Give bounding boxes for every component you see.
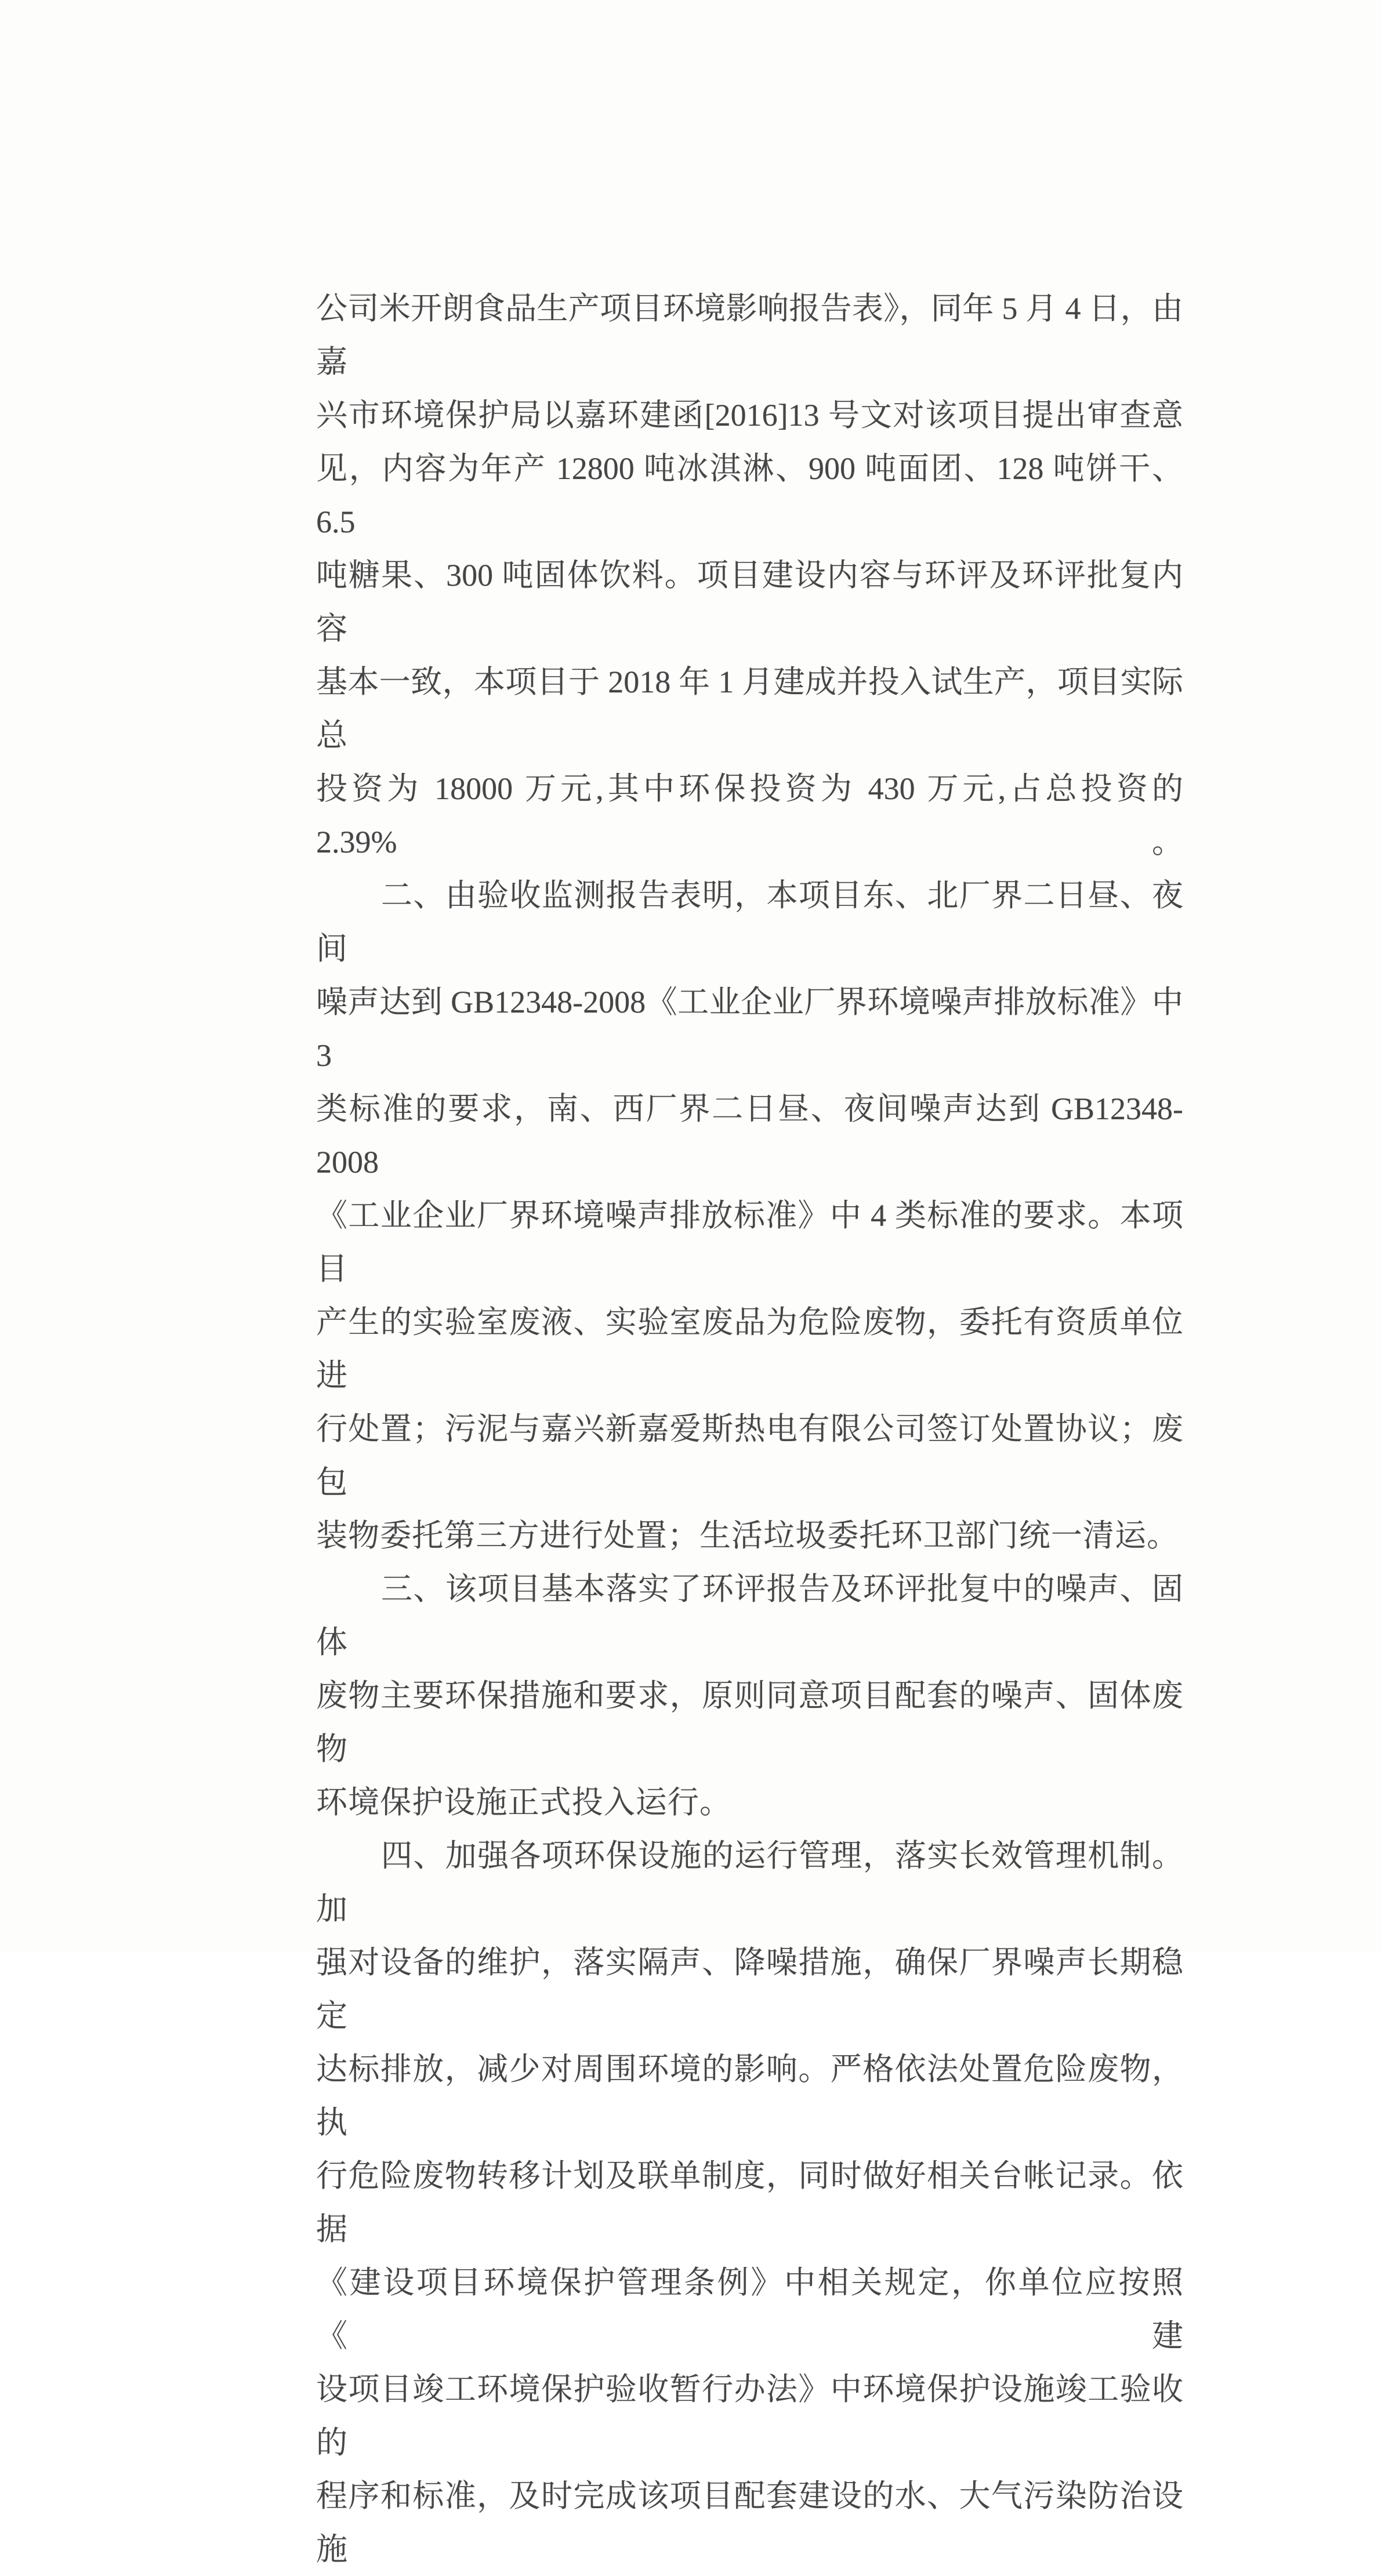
document-line: 环境保护设施正式投入运行。 [316,1776,1183,1829]
document-body: 公司米开朗食品生产项目环境影响报告表》，同年 5 月 4 日，由嘉 兴市环境保护… [316,282,1183,2576]
paragraph-continued: 公司米开朗食品生产项目环境影响报告表》，同年 5 月 4 日，由嘉 兴市环境保护… [316,282,1183,869]
document-line: 三、该项目基本落实了环评报告及环评批复中的噪声、固体 [316,1562,1183,1669]
document-line: 四、加强各项环保设施的运行管理，落实长效管理机制。加 [316,1829,1183,1936]
document-line: 行危险废物转移计划及联单制度，同时做好相关台帐记录。依据 [316,2149,1183,2256]
document-line: 设项目竣工环境保护验收暂行办法》中环境保护设施竣工验收的 [316,2363,1183,2469]
document-line: 行处置；污泥与嘉兴新嘉爱斯热电有限公司签订处置协议；废包 [316,1402,1183,1509]
document-line: 噪声达到 GB12348-2008《工业企业厂界环境噪声排放标准》中 3 [316,975,1183,1082]
document-line: 废物主要环保措施和要求，原则同意项目配套的噪声、固体废物 [316,1669,1183,1776]
paragraph-item-3: 三、该项目基本落实了环评报告及环评批复中的噪声、固体 废物主要环保措施和要求，原… [316,1562,1183,1829]
document-line: 装物委托第三方进行处置；生活垃圾委托环卫部门统一清运。 [316,1509,1183,1562]
document-line: 达标排放，减少对周围环境的影响。严格依法处置危险废物，执 [316,2042,1183,2149]
document-line: 类标准的要求，南、西厂界二日昼、夜间噪声达到 GB12348-2008 [316,1082,1183,1189]
document-line: 基本一致，本项目于 2018 年 1 月建成并投入试生产，项目实际总 [316,655,1183,762]
document-line: 强对设备的维护，落实隔声、降噪措施，确保厂界噪声长期稳定 [316,1936,1183,2042]
scanned-document-page: 公司米开朗食品生产项目环境影响报告表》，同年 5 月 4 日，由嘉 兴市环境保护… [0,0,1381,1953]
document-line: 《工业企业厂界环境噪声排放标准》中 4 类标准的要求。本项目 [316,1189,1183,1296]
paragraph-item-2: 二、由验收监测报告表明，本项目东、北厂界二日昼、夜间 噪声达到 GB12348-… [316,869,1183,1562]
document-line: 兴市环境保护局以嘉环建函[2016]13 号文对该项目提出审查意 [316,389,1183,442]
document-line: 产生的实验室废液、实验室废品为危险废物，委托有资质单位进 [316,1296,1183,1402]
paragraph-item-4: 四、加强各项环保设施的运行管理，落实长效管理机制。加 强对设备的维护，落实隔声、… [316,1829,1183,2576]
document-line: 《建设项目环境保护管理条例》中相关规定，你单位应按照《建 [316,2256,1183,2363]
document-line: 吨糖果、300 吨固体饮料。项目建设内容与环评及环评批复内容 [316,549,1183,655]
document-line: 程序和标准，及时完成该项目配套建设的水、大气污染防治设施 [316,2469,1183,2576]
document-line: 投资为 18000 万元,其中环保投资为 430 万元,占总投资的 2.39%。 [316,762,1183,869]
document-line: 二、由验收监测报告表明，本项目东、北厂界二日昼、夜间 [316,869,1183,975]
document-line: 公司米开朗食品生产项目环境影响报告表》，同年 5 月 4 日，由嘉 [316,282,1183,389]
document-line: 见，内容为年产 12800 吨冰淇淋、900 吨面团、128 吨饼干、6.5 [316,442,1183,549]
